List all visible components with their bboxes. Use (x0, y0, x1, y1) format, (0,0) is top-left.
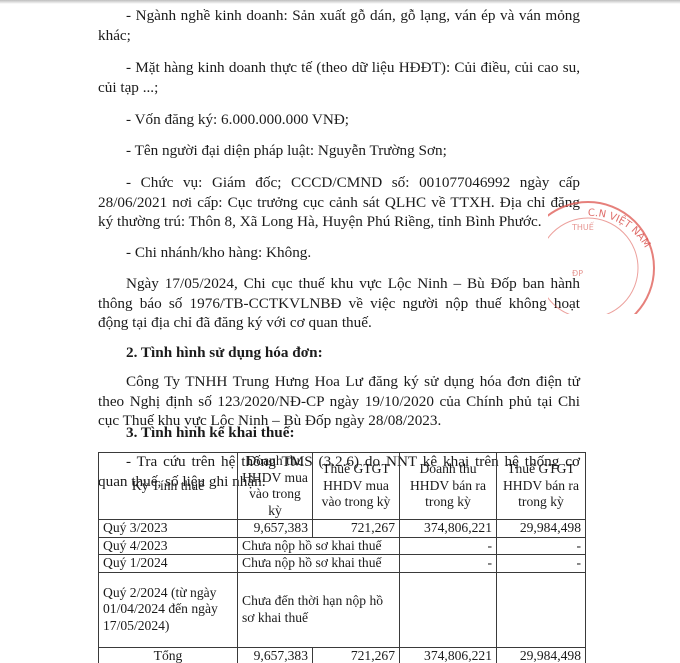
cell-total-sales-vat: 29,984,498 (497, 647, 586, 663)
header-period: Kỳ Tính thuế (99, 453, 238, 520)
cell-purchase-vat: 721,267 (313, 520, 400, 538)
paragraph-legal-rep: - Tên người đại diện pháp luật: Nguyễn T… (98, 141, 580, 161)
cell-period: Quý 1/2024 (99, 555, 238, 573)
cell-sales-vat (497, 572, 586, 647)
cell-sales-revenue: - (400, 555, 497, 573)
cell-period: Quý 3/2023 (99, 520, 238, 538)
cell-sales-revenue (400, 572, 497, 647)
cell-total-sales-revenue: 374,806,221 (400, 647, 497, 663)
section-2-heading: 2. Tình hình sử dụng hóa đơn: (126, 343, 323, 363)
header-sales-vat: Thuế GTGT HHDV bán ra trong kỳ (497, 453, 586, 520)
paragraph-branch: - Chi nhánh/kho hàng: Không. (98, 243, 580, 263)
cell-sales-vat: - (497, 555, 586, 573)
table-row: Quý 4/2023 Chưa nộp hồ sơ khai thuế - - (99, 537, 586, 555)
cell-sales-revenue: - (400, 537, 497, 555)
cell-total-purchase-vat: 721,267 (313, 647, 400, 663)
cell-sales-revenue: 374,806,221 (400, 520, 497, 538)
paragraph-actual-goods: - Mặt hàng kinh doanh thực tế (theo dữ l… (98, 58, 580, 97)
table-row: Quý 3/2023 9,657,383 721,267 374,806,221… (99, 520, 586, 538)
paragraph-notice: Ngày 17/05/2024, Chi cục thuế khu vực Lộ… (98, 274, 580, 333)
table-row: Quý 2/2024 (từ ngày 01/04/2024 đến ngày … (99, 572, 586, 647)
cell-purchase-revenue: 9,657,383 (238, 520, 313, 538)
paragraph-capital: - Vốn đăng ký: 6.000.000.000 VNĐ; (98, 110, 580, 130)
paragraph-business-line: - Ngành nghề kinh doanh: Sản xuất gỗ dán… (98, 6, 580, 45)
paragraph-position-id: - Chức vụ: Giám đốc; CCCD/CMND số: 00107… (98, 173, 580, 232)
cell-period: Quý 2/2024 (từ ngày 01/04/2024 đến ngày … (99, 572, 238, 647)
cell-note: Chưa đến thời hạn nộp hồ sơ khai thuế (238, 572, 400, 647)
svg-text:C.N VIỆT NAM: C.N VIỆT NAM (588, 208, 652, 250)
section-2-body: Công Ty TNHH Trung Hưng Hoa Lư đăng ký s… (98, 372, 580, 431)
cell-note: Chưa nộp hồ sơ khai thuế (238, 555, 400, 573)
cell-sales-vat: - (497, 537, 586, 555)
table-total-row: Tổng 9,657,383 721,267 374,806,221 29,98… (99, 647, 586, 663)
table-row: Quý 1/2024 Chưa nộp hồ sơ khai thuế - - (99, 555, 586, 573)
cell-sales-vat: 29,984,498 (497, 520, 586, 538)
header-sales-revenue: Doanh thu HHDV bán ra trong kỳ (400, 453, 497, 520)
cell-note: Chưa nộp hồ sơ khai thuế (238, 537, 400, 555)
cell-total-purchase-revenue: 9,657,383 (238, 647, 313, 663)
header-purchase-vat: Thuế GTGT HHDV mua vào trong kỳ (313, 453, 400, 520)
header-purchase-revenue: Doanh thu HHDV mua vào trong kỳ (238, 453, 313, 520)
cell-period: Quý 4/2023 (99, 537, 238, 555)
page-top-shadow (0, 0, 680, 4)
cell-total-label: Tổng (99, 647, 238, 663)
tax-declaration-table: Kỳ Tính thuế Doanh thu HHDV mua vào tron… (98, 452, 586, 663)
section-3-heading: 3. Tình hình kê khai thuế: (126, 423, 295, 443)
